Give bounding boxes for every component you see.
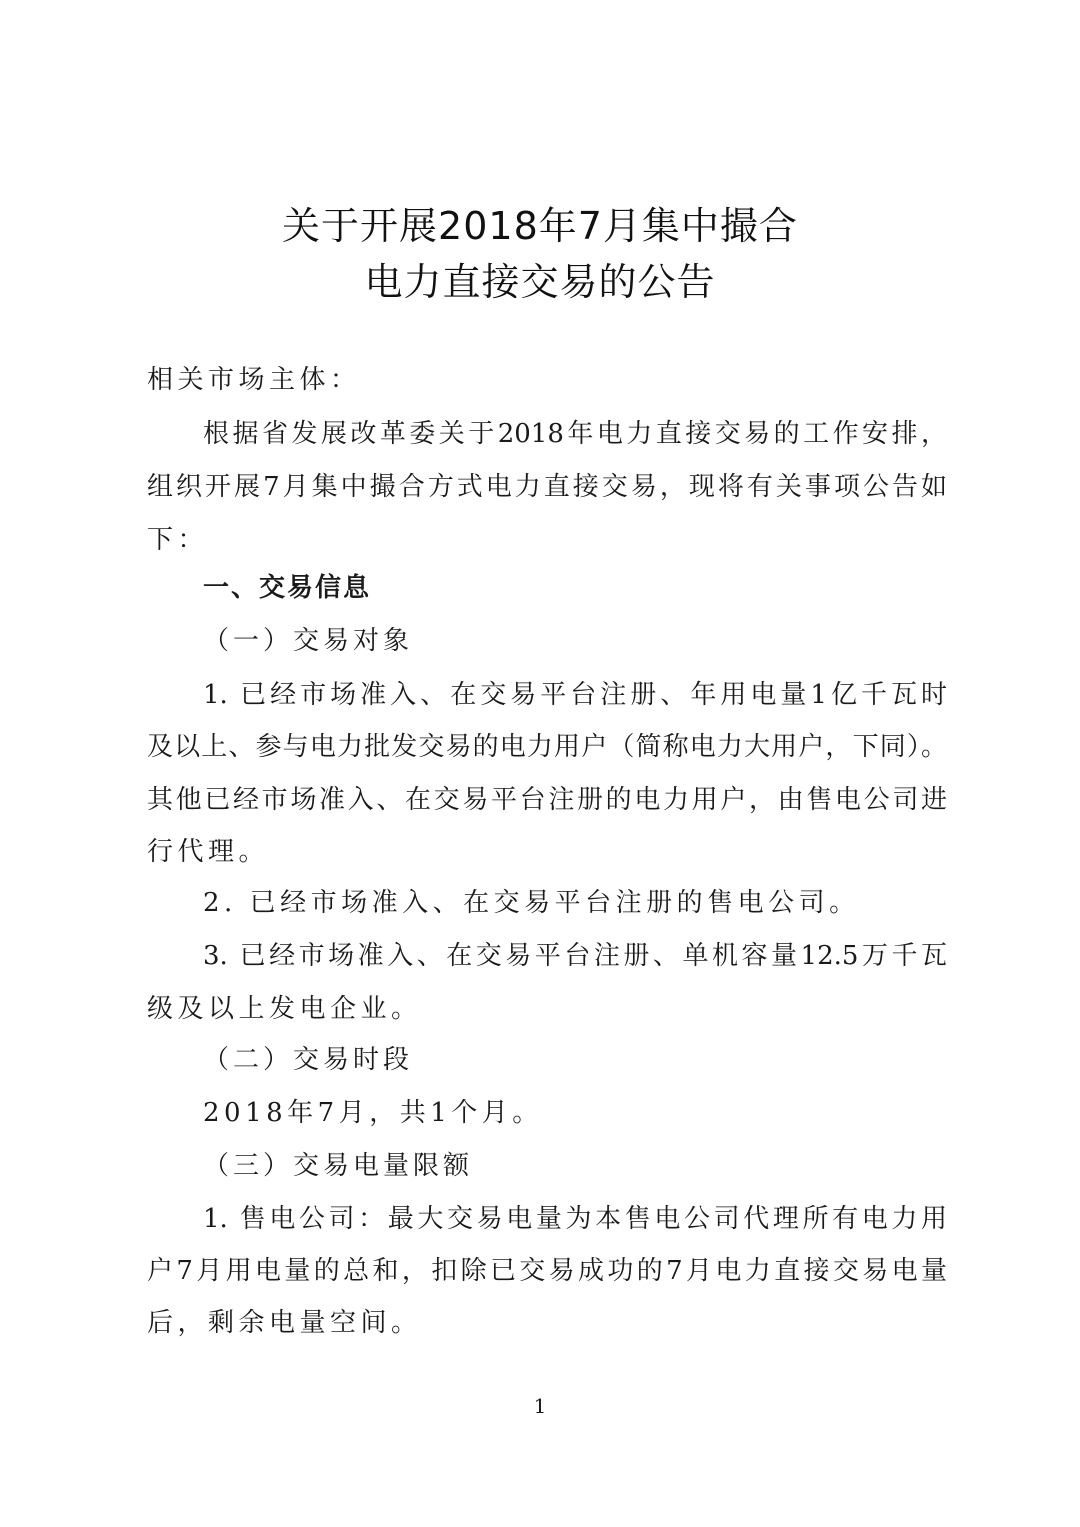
limit-item-1-line-1: 1. 售电公司：最大交易电量为本售电公司代理所有电力用 xyxy=(203,1203,947,1235)
intro-paragraph-line-2: 组织开展7月集中撮合方式电力直接交易，现将有关事项公告如 xyxy=(147,471,947,503)
item-3-line-1: 3. 已经市场准入、在交易平台注册、单机容量12.5万千瓦 xyxy=(203,940,947,972)
item-1-line-1: 1. 已经市场准入、在交易平台注册、年用电量1亿千瓦时 xyxy=(203,679,947,711)
document-page: 关于开展2018年7月集中撮合 电力直接交易的公告 相关市场主体： 根据省发展改… xyxy=(0,0,1080,1527)
subsection-1-heading: （一）交易对象 xyxy=(203,625,1003,657)
intro-paragraph-line-1: 根据省发展改革委关于2018年电力直接交易的工作安排， xyxy=(203,418,947,450)
item-1-line-4: 行代理。 xyxy=(147,836,947,868)
item-1-line-3: 其他已经市场准入、在交易平台注册的电力用户，由售电公司进 xyxy=(147,784,947,816)
intro-paragraph-line-3: 下： xyxy=(147,524,947,556)
page-number: 1 xyxy=(0,1394,1080,1418)
salutation: 相关市场主体： xyxy=(147,364,947,396)
section-1-heading: 一、交易信息 xyxy=(203,572,947,604)
item-2-line-1: 2. 已经市场准入、在交易平台注册的售电公司。 xyxy=(203,887,947,919)
subsection-3-heading: （三）交易电量限额 xyxy=(203,1150,1003,1182)
trading-period-text: 2018年7月，共1个月。 xyxy=(203,1097,947,1129)
document-title-line-1: 关于开展2018年7月集中撮合 xyxy=(0,195,1080,250)
limit-item-1-line-2: 户7月用电量的总和，扣除已交易成功的7月电力直接交易电量 xyxy=(147,1255,947,1287)
document-title-line-2: 电力直接交易的公告 xyxy=(0,251,1080,306)
item-1-line-2: 及以上、参与电力批发交易的电力用户（简称电力大用户，下同）。 xyxy=(147,731,947,763)
item-3-line-2: 级及以上发电企业。 xyxy=(147,993,947,1025)
limit-item-1-line-3: 后，剩余电量空间。 xyxy=(147,1307,947,1339)
subsection-2-heading: （二）交易时段 xyxy=(203,1044,1003,1076)
